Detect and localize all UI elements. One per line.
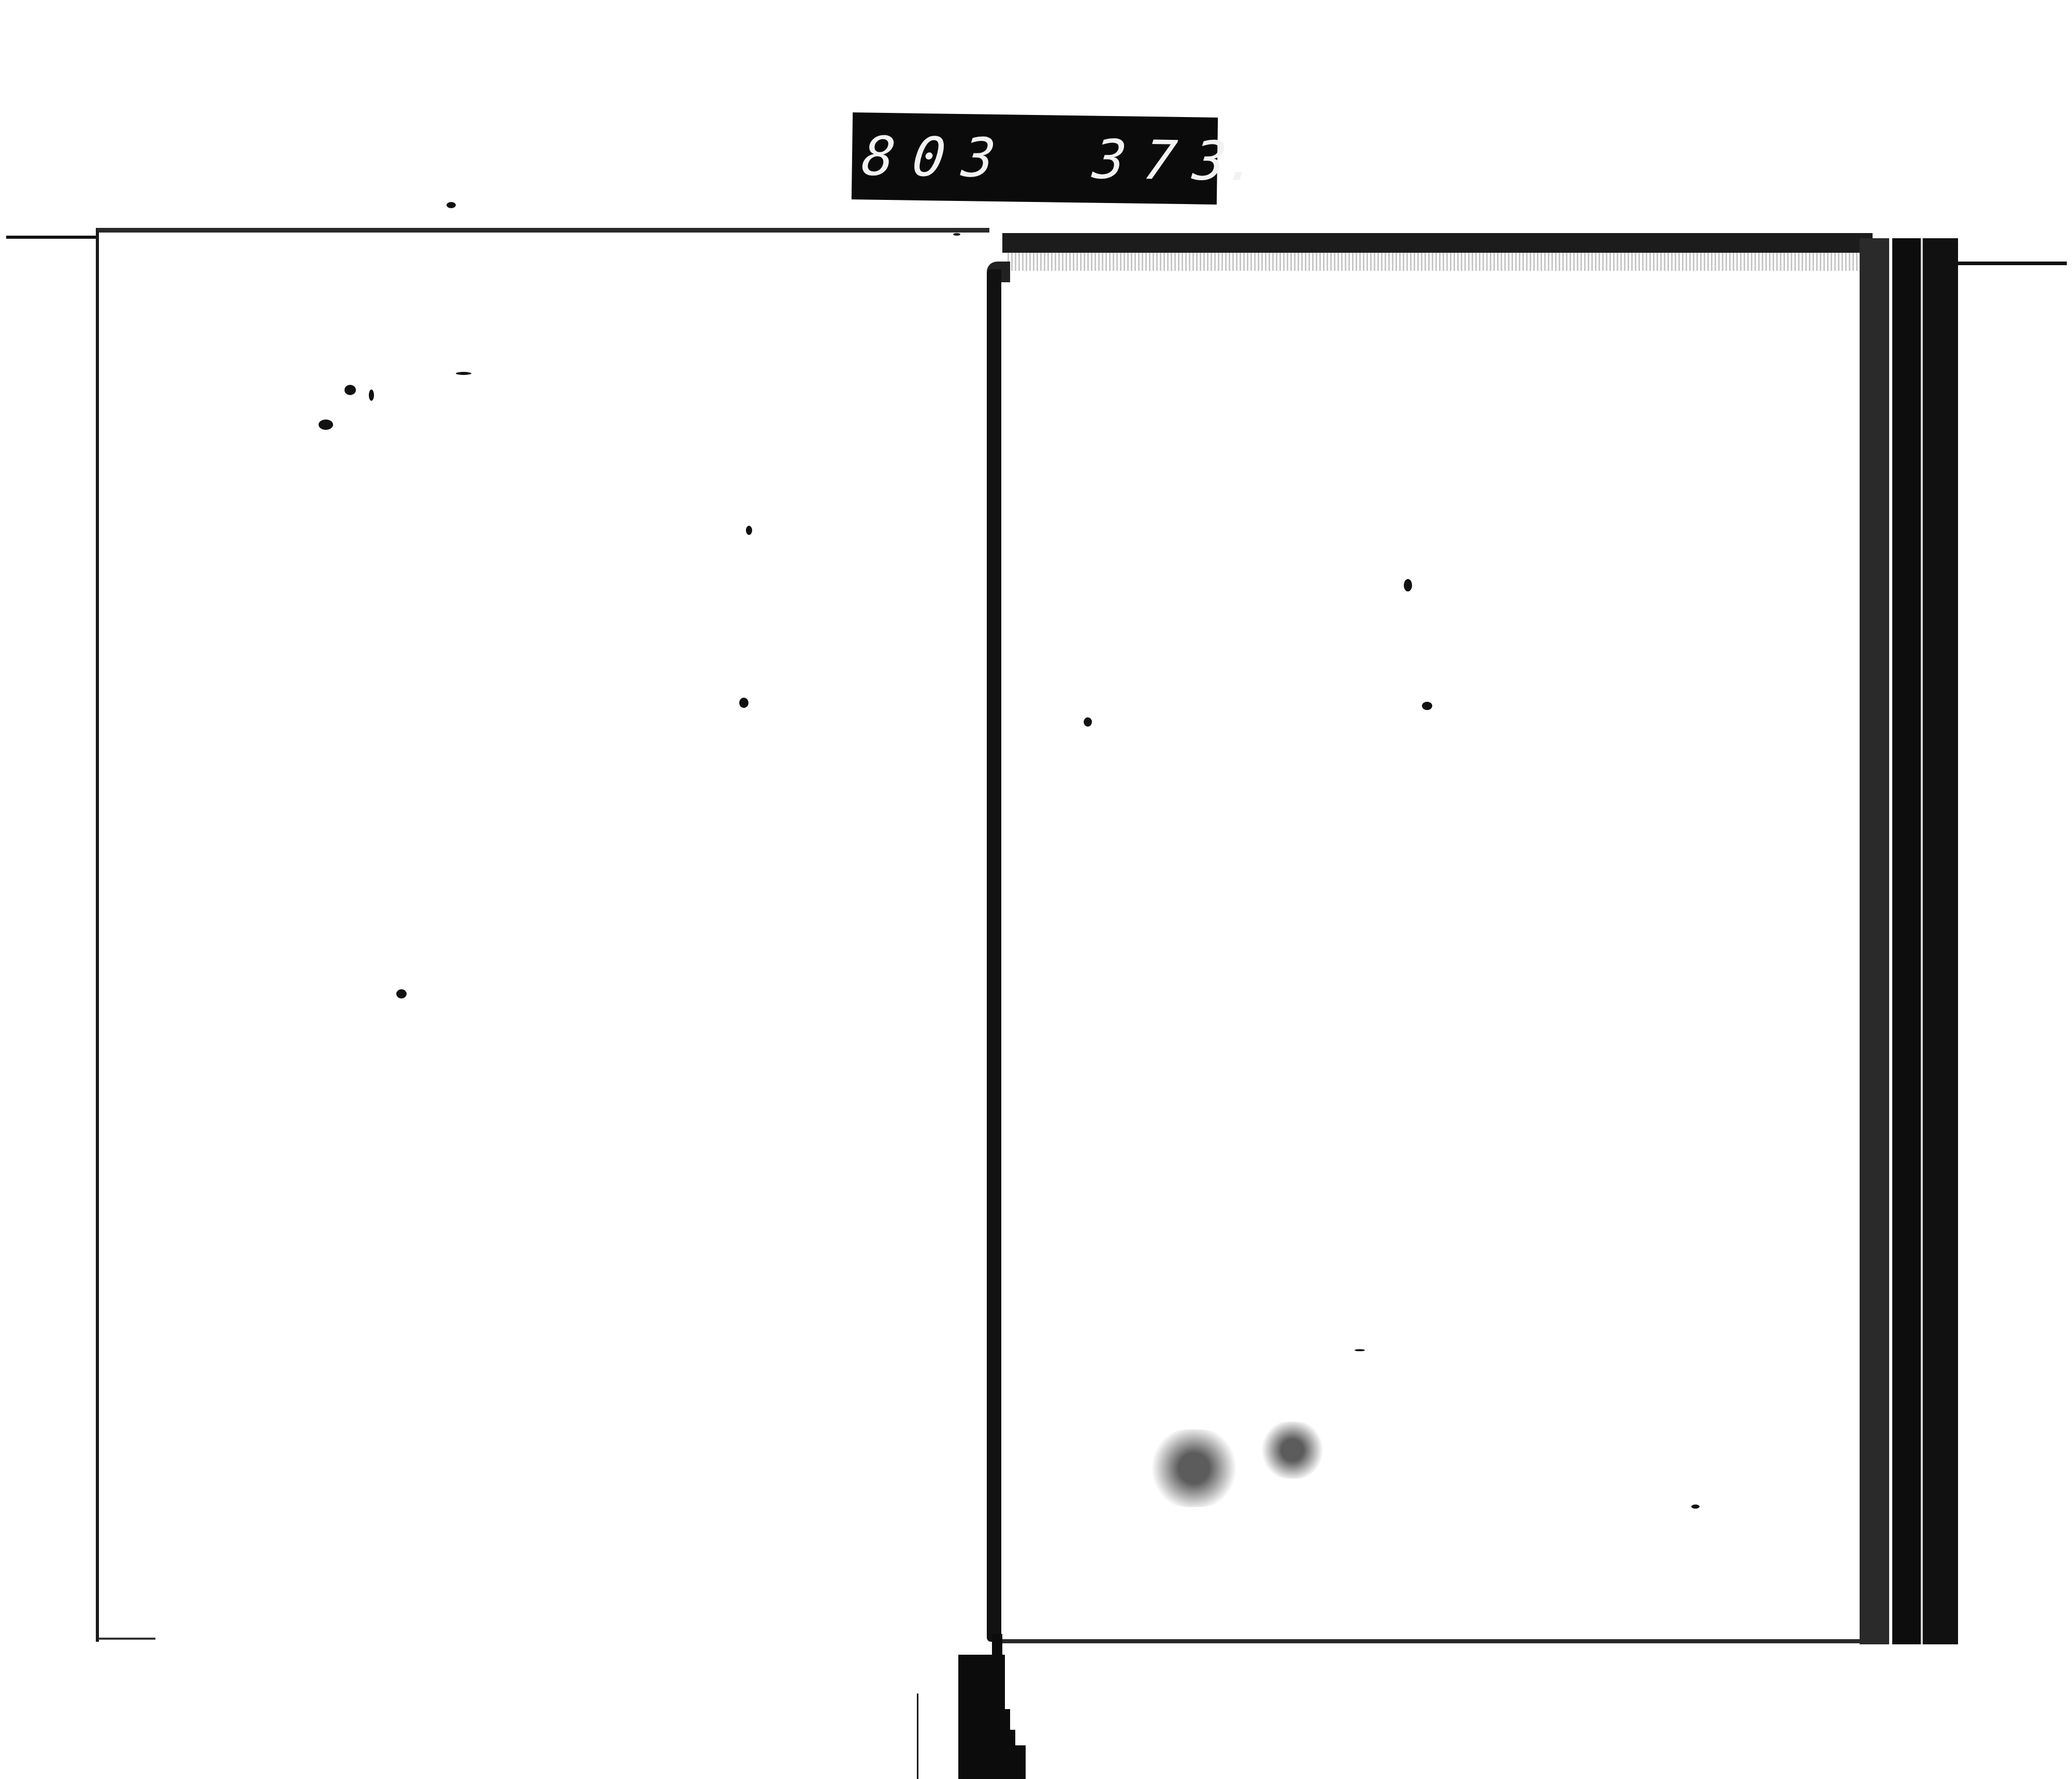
frame-counter-label: 8 0 3 3 7 3. [852, 112, 1218, 205]
dust-speck [1355, 1349, 1365, 1351]
right-page-bottom-edge [1002, 1639, 1862, 1643]
gutter-shadow-block [1015, 1745, 1026, 1779]
scanned-book-spread: 8 0 3 3 7 3. [0, 0, 2072, 1779]
dust-speck [369, 389, 374, 401]
book-spine [987, 269, 1001, 1642]
dust-speck [344, 385, 356, 395]
counter-frame-number: 3 7 3. [1093, 133, 1259, 189]
counter-digit: 7 [1140, 133, 1179, 187]
dust-speck [746, 526, 752, 535]
gutter-line [917, 1694, 918, 1779]
counter-digit: 3 [1090, 133, 1129, 187]
counter-digit: 3. [1190, 134, 1262, 189]
dust-speck [396, 989, 407, 999]
dust-speck [739, 698, 749, 708]
scan-guide-line-right [1955, 262, 2067, 265]
left-page [96, 228, 989, 1642]
right-page-top-shading [1008, 253, 1862, 271]
dust-speck [953, 233, 960, 236]
dust-speck [319, 420, 333, 430]
page-block-fore-edge [1860, 238, 1958, 1644]
gutter-shadow-block [992, 1634, 1002, 1660]
right-page [1002, 233, 1873, 1644]
dust-speck [456, 372, 471, 375]
left-page-bottom-edge [98, 1638, 155, 1640]
dust-speck [447, 202, 456, 208]
dust-speck [1404, 579, 1412, 591]
dust-speck [1691, 1505, 1700, 1509]
gutter-shadow-block [1008, 1730, 1015, 1779]
paper-stain [1259, 1422, 1326, 1479]
gutter-shadow-block [958, 1655, 1005, 1779]
dust-speck [1422, 702, 1432, 710]
counter-reel-number: 8 0 3 [862, 129, 995, 185]
counter-digit: 3 [959, 131, 998, 185]
counter-digit: 0 [909, 130, 948, 184]
dust-speck [1084, 717, 1092, 727]
paper-stain [1147, 1429, 1241, 1507]
counter-digit: 8 [859, 129, 898, 183]
